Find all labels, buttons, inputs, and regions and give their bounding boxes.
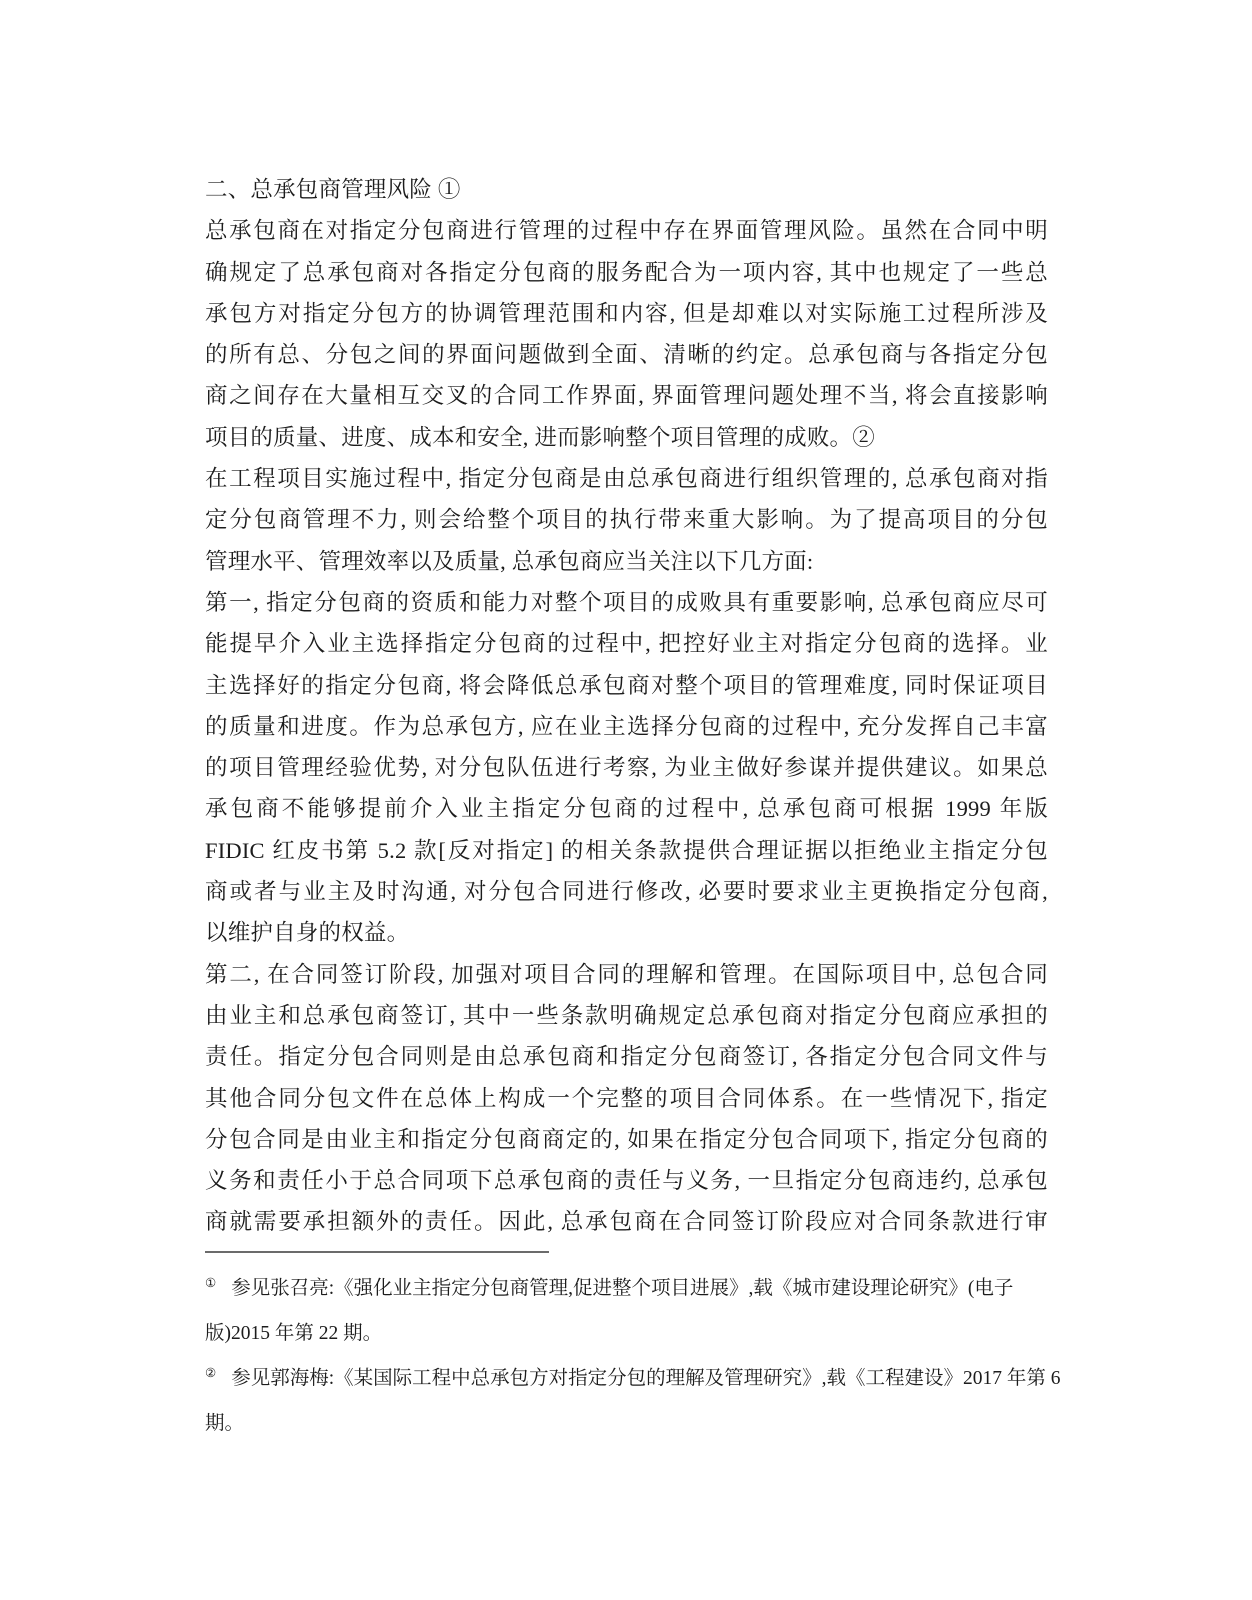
text-line: 承包方对指定分包方的协调管理范围和内容, 但是却难以对实际施工过程所涉及 (205, 293, 1048, 334)
footnotes-section: ①参见张召亮:《强化业主指定分包商管理,促进整个项目进展》,载《城市建设理论研究… (205, 1266, 1085, 1446)
text-line: 二、总承包商管理风险 ① (205, 169, 1048, 210)
footnote-marker: ② (205, 1366, 216, 1380)
text-line: 确规定了总承包商对各指定分包商的服务配合为一项内容, 其中也规定了一些总 (205, 252, 1048, 293)
footnote-text: 参见张召亮:《强化业主指定分包商管理,促进整个项目进展》,载《城市建设理论研究》… (231, 1278, 1013, 1299)
footnote-continuation-line: 期。 (205, 1401, 1085, 1446)
footnote-text: 参见郭海梅:《某国际工程中总承包方对指定分包的理解及管理研究》,载《工程建设》2… (231, 1368, 1060, 1389)
text-line: 主选择好的指定分包商, 将会降低总承包商对整个项目的管理难度, 同时保证项目 (205, 665, 1048, 706)
text-line: 商之间存在大量相互交叉的合同工作界面, 界面管理问题处理不当, 将会直接影响 (205, 375, 1048, 416)
text-line: 的质量和进度。作为总承包方, 应在业主选择分包商的过程中, 充分发挥自己丰富 (205, 706, 1048, 747)
text-line: 以维护自身的权益。 (205, 912, 1048, 953)
text-line: 的所有总、分包之间的界面问题做到全面、清晰的约定。总承包商与各指定分包 (205, 334, 1048, 375)
text-line: 义务和责任小于总合同项下总承包商的责任与义务, 一旦指定分包商违约, 总承包 (205, 1160, 1048, 1201)
text-line: 项目的质量、进度、成本和安全, 进而影响整个项目管理的成败。② (205, 417, 1048, 458)
text-line: 的项目管理经验优势, 对分包队伍进行考察, 为业主做好参谋并提供建议。如果总 (205, 747, 1048, 788)
text-line: 第一, 指定分包商的资质和能力对整个项目的成败具有重要影响, 总承包商应尽可 (205, 582, 1048, 623)
footnote-continuation-line: 版)2015 年第 22 期。 (205, 1311, 1085, 1356)
footnote-first-line: ①参见张召亮:《强化业主指定分包商管理,促进整个项目进展》,载《城市建设理论研究… (205, 1266, 1085, 1311)
text-line: 由业主和总承包商签订, 其中一些条款明确规定总承包商对指定分包商应承担的 (205, 995, 1048, 1036)
text-line: 承包商不能够提前介入业主指定分包商的过程中, 总承包商可根据 1999 年版 (205, 788, 1048, 829)
footnote-marker: ① (205, 1276, 216, 1290)
document-page: { "page": { "background_color": "#ffffff… (0, 0, 1252, 1600)
text-line: 总承包商在对指定分包商进行管理的过程中存在界面管理风险。虽然在合同中明 (205, 210, 1048, 251)
footnote: ②参见郭海梅:《某国际工程中总承包方对指定分包的理解及管理研究》,载《工程建设》… (205, 1356, 1085, 1446)
footnote-first-line: ②参见郭海梅:《某国际工程中总承包方对指定分包的理解及管理研究》,载《工程建设》… (205, 1356, 1085, 1401)
text-line: 责任。指定分包合同则是由总承包商和指定分包商签订, 各指定分包合同文件与 (205, 1036, 1048, 1077)
text-line: FIDIC 红皮书第 5.2 款[反对指定] 的相关条款提供合理证据以拒绝业主指… (205, 830, 1048, 871)
text-line: 分包合同是由业主和指定分包商商定的, 如果在指定分包合同项下, 指定分包商的 (205, 1119, 1048, 1160)
text-line: 在工程项目实施过程中, 指定分包商是由总承包商进行组织管理的, 总承包商对指 (205, 458, 1048, 499)
footnote-list: ①参见张召亮:《强化业主指定分包商管理,促进整个项目进展》,载《城市建设理论研究… (205, 1266, 1085, 1446)
text-line: 第二, 在合同签订阶段, 加强对项目合同的理解和管理。在国际项目中, 总包合同 (205, 954, 1048, 995)
footnote: ①参见张召亮:《强化业主指定分包商管理,促进整个项目进展》,载《城市建设理论研究… (205, 1266, 1085, 1356)
footnote-separator (205, 1251, 549, 1253)
text-line: 能提早介入业主选择指定分包商的过程中, 把控好业主对指定分包商的选择。业 (205, 623, 1048, 664)
document-body: 二、总承包商管理风险 ① 总承包商在对指定分包商进行管理的过程中存在界面管理风险… (205, 169, 1048, 1243)
text-line: 商就需要承担额外的责任。因此, 总承包商在合同签订阶段应对合同条款进行审 (205, 1201, 1048, 1242)
body-lines: 二、总承包商管理风险 ① 总承包商在对指定分包商进行管理的过程中存在界面管理风险… (205, 169, 1048, 1243)
text-line: 管理水平、管理效率以及质量, 总承包商应当关注以下几方面: (205, 541, 1048, 582)
text-line: 其他合同分包文件在总体上构成一个完整的项目合同体系。在一些情况下, 指定 (205, 1078, 1048, 1119)
text-line: 商或者与业主及时沟通, 对分包合同进行修改, 必要时要求业主更换指定分包商, (205, 871, 1048, 912)
text-line: 定分包商管理不力, 则会给整个项目的执行带来重大影响。为了提高项目的分包 (205, 499, 1048, 540)
